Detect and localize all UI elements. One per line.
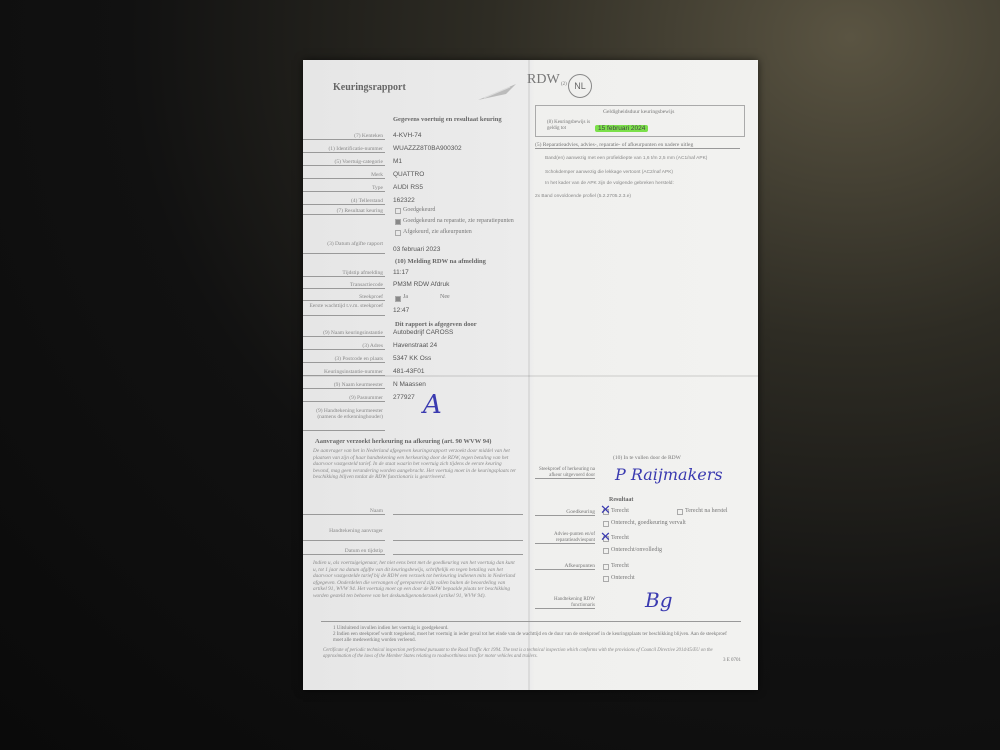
field-value: 5347 KK Oss (393, 355, 431, 362)
field-value: Autobedrijf CAROSS (393, 329, 453, 336)
repair-line: 2x Band onvoldoende profiel (5.2.2705.2.… (535, 194, 730, 199)
option-checkbox (603, 564, 609, 570)
field-value: 277927 (393, 394, 415, 401)
approval-label: Goedkeuring (535, 509, 595, 516)
field-label: Transactiecode (303, 282, 385, 289)
sample-yes: Ja (403, 294, 408, 300)
field-label: Tijdstip afmelding (303, 270, 385, 277)
owner-text: Indien u, als voertuigeigenaar, het niet… (313, 560, 518, 600)
option-label: Terecht (611, 535, 629, 541)
rdw-inspector-name: P Raijmakers (615, 465, 723, 484)
field-value: QUATTRO (393, 171, 424, 178)
option-label: Goedgekeurd na reparatie, zie reparatiep… (403, 218, 514, 224)
inspector-signature-label: (9) Handtekening keurmeester (namens de … (303, 408, 385, 431)
sample-time-label: Eerste wachttijd t.v.m. steekproef (303, 303, 385, 316)
applicant-signature-label: Handtekening aanvrager (303, 528, 385, 541)
footer-divider (321, 621, 741, 622)
section-issuer-heading: Dit rapport is afgegeven door (395, 321, 477, 328)
reject-label: Afkeurpunten (535, 563, 595, 570)
field-label: (7) Kenteken (303, 133, 385, 140)
repair-line: Schokdemper aanwezig die lekkage vertoon… (545, 170, 740, 175)
option-checkbox (395, 208, 401, 214)
advice-label: Advies-punten en/of reparatieadviespunt (535, 532, 595, 544)
report-title: Keuringsrapport (333, 82, 406, 93)
repair-heading: (5) Reparatieadvies, advies-, reparatie-… (535, 142, 740, 149)
option-label: Onterecht (611, 575, 635, 581)
english-note: Certificate of periodic technical inspec… (323, 648, 713, 660)
sample-label: Steekproef (303, 294, 385, 301)
reinspection-heading: Aanvrager verzoekt herkeuring na afkeuri… (315, 438, 491, 445)
field-label: Merk (303, 172, 385, 179)
form-code: 3 E 0701 (723, 658, 741, 663)
option-label: Onterecht/onvolledig (611, 547, 662, 553)
field-value: N Maassen (393, 381, 426, 388)
country-code-nl: NL (568, 74, 592, 98)
sample-yes-checkbox (395, 296, 401, 302)
rdw-brand: RDW (527, 72, 560, 88)
validity-label: (8) Keuringsbewijs is geldig tot (547, 120, 597, 131)
rdw-signature-label: Handtekening RDW functionaris (535, 597, 595, 609)
field-value: PM3M RDW Afdruk (393, 281, 449, 288)
field-label: (1) Identificatie-nummer (303, 146, 385, 153)
datetime-line (393, 554, 523, 555)
sample-time: 12:47 (393, 307, 409, 314)
issue-date: 03 februari 2023 (393, 246, 440, 253)
field-value: AUDI RS5 (393, 184, 423, 191)
field-label: (9) Naam keurmeester (303, 382, 385, 389)
datetime-label: Datum en tijdstip (303, 548, 385, 555)
sample-no: Nee (440, 294, 450, 300)
option-label: Onterecht, goedkeuring vervalt (611, 520, 686, 526)
checkmark-x-icon: ✕ (600, 502, 611, 518)
field-value: WUAZZZ8T0BA900302 (393, 145, 462, 152)
repair-line: Band(en) aanwezig met een profieldiepte … (545, 156, 740, 161)
result-label: (7) Resultaat keuring (303, 208, 385, 215)
option-label: Terecht na herstel (685, 508, 728, 514)
rdw-official-signature: Bg (645, 588, 673, 612)
field-label: (9) Pasnummer (303, 395, 385, 402)
option-checkbox (603, 548, 609, 554)
reinspection-text: De aanvrager van het in Nederland afgege… (313, 448, 518, 481)
option-label: Goedgekeurd (403, 207, 435, 213)
field-label: (3) Postcode en plaats (303, 356, 385, 363)
field-value: 4-KVH-74 (393, 132, 422, 139)
inspection-report-paper: Keuringsrapport Gegevens voertuig en res… (303, 60, 758, 690)
country-number: (2) (561, 82, 567, 87)
validity-date: 15 februari 2024 (595, 125, 648, 132)
section-vehicle-heading: Gegevens voertuig en resultaat keuring (393, 116, 502, 123)
field-value: 11:17 (393, 269, 409, 276)
validity-date-highlight: 15 februari 2024 (595, 125, 648, 132)
option-checkbox (603, 576, 609, 582)
option-label: Terecht (611, 563, 629, 569)
field-value: 162322 (393, 197, 415, 204)
option-label: Afgekeurd, zie afkeurpunten (403, 229, 472, 235)
checkmark-x-icon: ✕ (600, 529, 611, 545)
option-label: Terecht (611, 508, 629, 514)
field-label: (9) Naam keuringsinstantie (303, 330, 385, 337)
rdw-feather-logo-icon (476, 82, 518, 102)
field-label: (3) Adres (303, 343, 385, 350)
field-label: Keuringsinstantie-nummer (303, 369, 385, 376)
field-label: Type (303, 185, 385, 192)
section-rdw-heading: (10) Melding RDW na afmelding (395, 258, 486, 265)
footnote: 2 Indien een steekproef wordt toegekend,… (333, 632, 733, 644)
field-value: M1 (393, 158, 402, 165)
result-heading: Resultaat (609, 497, 633, 503)
field-label: (4) Tellerstand (303, 198, 385, 205)
name-line (393, 514, 523, 515)
issue-date-label: (3) Datum afgifte rapport (303, 241, 385, 254)
option-checkbox (603, 521, 609, 527)
rdw-inspector-label: Steekproef of herkeuring na afkeur uitge… (535, 467, 595, 479)
field-label: (5) Voertuig-categorie (303, 159, 385, 166)
inspector-signature: A (423, 390, 442, 420)
option-checkbox (395, 219, 401, 225)
field-value: 481-43F01 (393, 368, 424, 375)
field-value: Havenstraat 24 (393, 342, 437, 349)
name-label: Naam (303, 508, 385, 515)
option-checkbox (395, 230, 401, 236)
option-checkbox (677, 509, 683, 515)
repair-line: In het kader van de APK zijn de volgende… (545, 181, 740, 186)
rdw-section-heading: (10) In te vullen door de RDW (613, 455, 681, 461)
applicant-signature-line (393, 540, 523, 541)
validity-title: Geldigheidsduur keuringsbewijs (603, 109, 674, 115)
